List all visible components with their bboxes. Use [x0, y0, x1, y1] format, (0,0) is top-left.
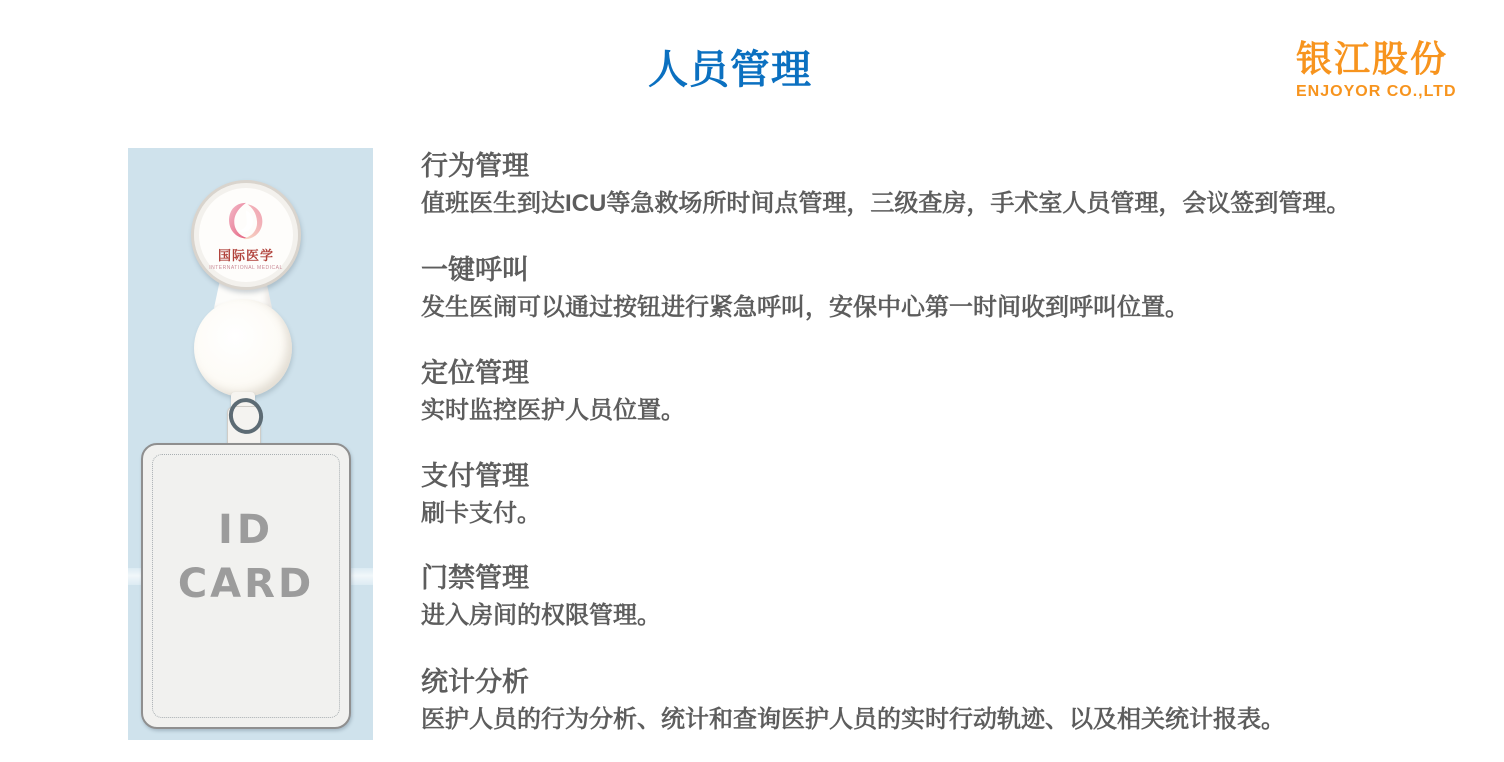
company-logo-text: 银江股份 [1296, 40, 1457, 78]
company-logo-subtitle: ENJOYOR CO.,LTD [1296, 83, 1457, 101]
badge-reel-disc: 国际医学 INTERNATIONAL MEDICAL [191, 180, 301, 290]
page-title: 人员管理 [560, 48, 900, 92]
id-card-line2: CARD [143, 557, 349, 611]
feature-section-access-control: 门禁管理 进入房间的权限管理。 [421, 560, 1451, 633]
feature-heading: 定位管理 [421, 355, 1451, 391]
slide: 人员管理 银江股份 ENJOYOR CO.,LTD [0, 0, 1504, 762]
feature-body: 实时监控医护人员位置。 [421, 394, 1451, 428]
feature-body: 进入房间的权限管理。 [421, 599, 1451, 633]
feature-section-one-key-call: 一键呼叫 发生医闹可以通过按钮进行紧急呼叫，安保中心第一时间收到呼叫位置。 [421, 252, 1451, 325]
feature-heading: 一键呼叫 [421, 252, 1451, 288]
feature-heading: 行为管理 [421, 148, 1451, 184]
id-card-line1: ID [143, 503, 349, 557]
hospital-logo-name: 国际医学 [218, 245, 274, 264]
badge-photo-panel: 国际医学 INTERNATIONAL MEDICAL ID CARD [128, 148, 373, 740]
feature-heading: 门禁管理 [421, 560, 1451, 596]
feature-section-behavior: 行为管理 值班医生到达ICU等急救场所时间点管理，三级查房，手术室人员管理，会议… [421, 148, 1451, 221]
feature-section-positioning: 定位管理 实时监控医护人员位置。 [421, 355, 1451, 428]
id-card: ID CARD [141, 443, 351, 729]
hospital-logo-icon [224, 200, 268, 244]
feature-heading: 支付管理 [421, 458, 1451, 494]
feature-section-payment: 支付管理 刷卡支付。 [421, 458, 1451, 531]
feature-section-statistics: 统计分析 医护人员的行为分析、统计和查询医护人员的实时行动轨迹、以及相关统计报表… [421, 664, 1451, 737]
id-card-text: ID CARD [143, 503, 349, 611]
feature-heading: 统计分析 [421, 664, 1451, 700]
hospital-logo-caption: INTERNATIONAL MEDICAL [209, 265, 283, 271]
feature-body: 发生医闹可以通过按钮进行紧急呼叫，安保中心第一时间收到呼叫位置。 [421, 291, 1451, 325]
company-logo: 银江股份 ENJOYOR CO.,LTD [1296, 40, 1457, 101]
feature-body: 值班医生到达ICU等急救场所时间点管理，三级查房，手术室人员管理，会议签到管理。 [421, 187, 1451, 221]
badge-reel-body [194, 299, 292, 397]
feature-body: 医护人员的行为分析、统计和查询医护人员的实时行动轨迹、以及相关统计报表。 [421, 703, 1451, 737]
feature-body: 刷卡支付。 [421, 497, 1451, 531]
